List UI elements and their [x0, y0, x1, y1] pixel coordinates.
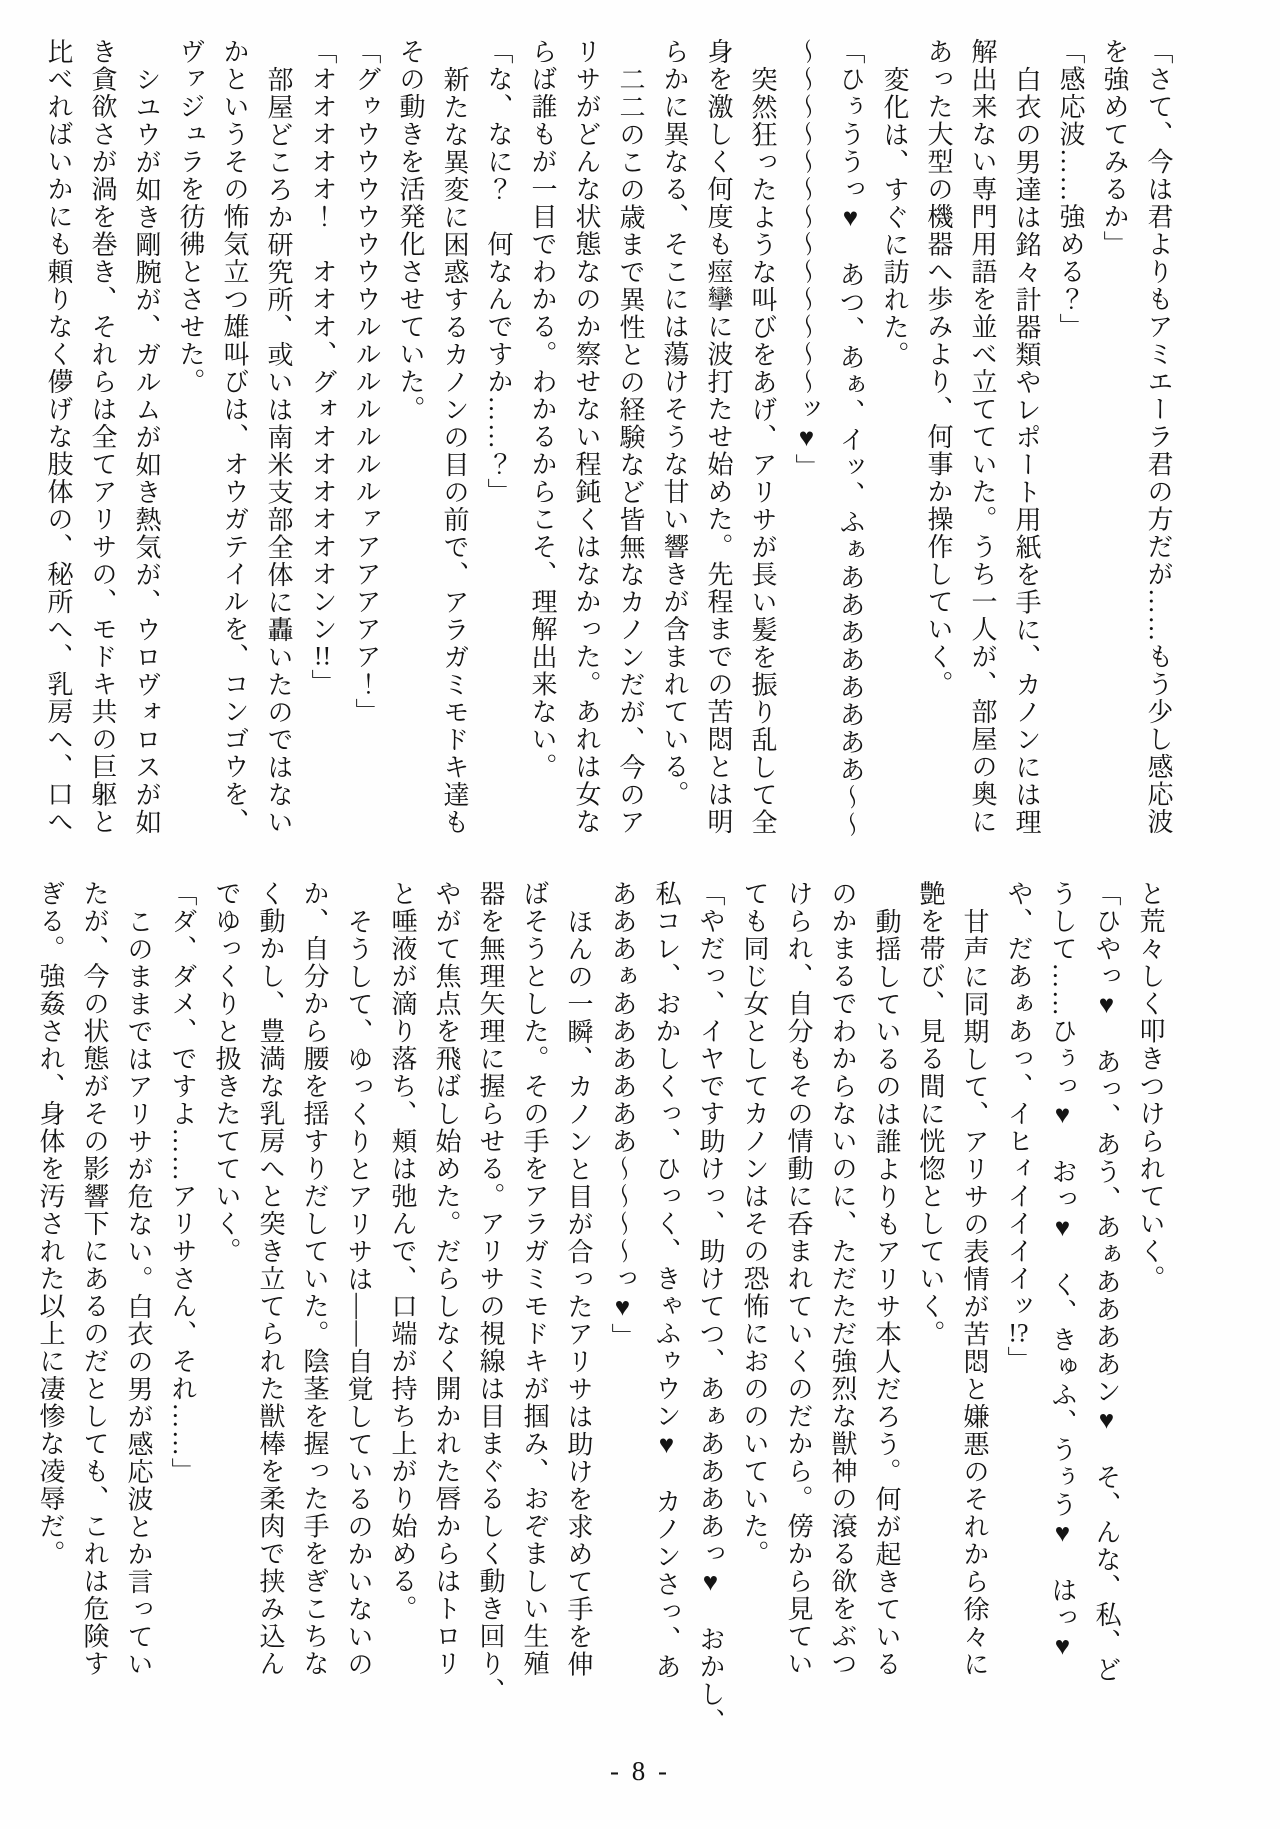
- text-column: き貪欲さが渦を巻き、それらは全てアリサの、モドキ共の巨躯と: [80, 38, 124, 850]
- text-column: 「オオオオオ！ オオオ、グォオオオオオオンン!!」: [300, 38, 344, 850]
- text-column: あああぁああああああ〜〜〜〜っ♥」: [600, 880, 644, 1692]
- text-column: 二二のこの歳まで異性との経験など皆無なカノンだが、今のア: [608, 38, 652, 850]
- text-column: 「な、なに？ 何なんですか……？」: [476, 38, 520, 850]
- text-column: ても同じ女としてカノンはその恐怖におののいていた。: [732, 880, 776, 1692]
- text-column: 「ひぅううっ♥ あつ、あぁ、イッ、ふぁああああああああ〜〜: [828, 38, 872, 850]
- text-column: 「グゥウウウウウウウルルルルルルルァアアアアア！」: [344, 38, 388, 850]
- text-column: ほんの一瞬、カノンと目が合ったアリサは助けを求めて手を伸: [556, 880, 600, 1692]
- text-column: 「感応波……強める？」: [1048, 38, 1092, 850]
- text-column: 甘声に同期して、アリサの表情が苦悶と嫌悪のそれから徐々に: [952, 880, 996, 1692]
- text-column: と唾液が滴り落ち、頬は弛んで、口端が持ち上がり始める。: [380, 880, 424, 1692]
- text-column: リサがどんな状態なのか察せない程鈍くはなかった。あれは女な: [564, 38, 608, 850]
- text-column: でゆっくりと扱きたてていく。: [204, 880, 248, 1692]
- text-column: らば誰もが一目でわかる。わかるからこそ、理解出来ない。: [520, 38, 564, 850]
- text-column: 身を激しく何度も痙攣に波打たせ始めた。先程までの苦悶とは明: [696, 38, 740, 850]
- text-column: たが、今の状態がその影響下にあるのだとしても、これは危険す: [72, 880, 116, 1692]
- text-column: らかに異なる、そこには蕩けそうな甘い響きが含まれている。: [652, 38, 696, 850]
- text-column: か、自分から腰を揺すりだしていた。陰茎を握った手をぎこちな: [292, 880, 336, 1692]
- text-column: そうして、ゆっくりとアリサは――自覚しているのかいないの: [336, 880, 380, 1692]
- text-column: シユウが如き剛腕が、ガルムが如き熱気が、ウロヴォロスが如: [124, 38, 168, 850]
- text-column: のかまるでわからないのに、ただただ強烈な獣神の滾る欲をぶつ: [820, 880, 864, 1692]
- top-text-block: 「さて、今は君よりもアミエーラ君の方だが……もう少し感応波を強めてみるか」「感応…: [36, 38, 1180, 850]
- text-column: 艶を帯び、見る間に恍惚としていく。: [908, 880, 952, 1692]
- page-number: - 8 -: [0, 1756, 1280, 1787]
- text-column: かというその怖気立つ雄叫びは、オウガテイルを、コンゴウを、: [212, 38, 256, 850]
- text-column: ぎる。強姦され、身体を汚された以上に凄惨な凌辱だ。: [28, 880, 72, 1692]
- text-column: 変化は、すぐに訪れた。: [872, 38, 916, 850]
- text-column: く動かし、豊満な乳房へと突き立てられた獣棒を柔肉で挟み込ん: [248, 880, 292, 1692]
- bottom-text-block: と荒々しく叩きつけられていく。「ひやっ♥ あっ、あう、あぁああああン♥ そ、んな…: [28, 880, 1172, 1692]
- text-column: あった大型の機器へ歩みより、何事か操作していく。: [916, 38, 960, 850]
- text-column: 私コレ、おかしくっ、ひっく、きゃふゥウン♥ カノンさっ、あ: [644, 880, 688, 1692]
- text-column: やがて焦点を飛ばし始めた。だらしなく開かれた唇からはトロリ: [424, 880, 468, 1692]
- text-column: うして……ひぅっ♥ おっ♥ く、きゅふ、うぅう♥ はっ♥: [1040, 880, 1084, 1692]
- text-column: ばそうとした。その手をアラガミモドキが掴み、おぞましい生殖: [512, 880, 556, 1692]
- text-column: ヴァジュラを彷彿とさせた。: [168, 38, 212, 850]
- text-column: 〜〜〜〜〜〜〜〜〜〜〜〜〜ッ♥」: [784, 38, 828, 850]
- text-column: 解出来ない専門用語を並べ立てていた。うち一人が、部屋の奥に: [960, 38, 1004, 850]
- text-column: 「ダ、ダメ、ですよ……アリサさん、それ……」: [160, 880, 204, 1692]
- text-column: 器を無理矢理に握らせる。アリサの視線は目まぐるしく動き回り、: [468, 880, 512, 1692]
- text-column: 「さて、今は君よりもアミエーラ君の方だが……もう少し感応波: [1136, 38, 1180, 850]
- text-column: 「やだっ、イヤです助けっ、助けてつ、あぁああああっ♥ おかし、: [688, 880, 732, 1692]
- text-column: 「ひやっ♥ あっ、あう、あぁああああン♥ そ、んな、私、ど: [1084, 880, 1128, 1692]
- text-column: 比べればいかにも頼りなく儚げな肢体の、秘所へ、乳房へ、口へ: [36, 38, 80, 850]
- text-column: 白衣の男達は銘々計器類やレポート用紙を手に、カノンには理: [1004, 38, 1048, 850]
- text-column: と荒々しく叩きつけられていく。: [1128, 880, 1172, 1692]
- text-column: 部屋どころか研究所、或いは南米支部全体に轟いたのではない: [256, 38, 300, 850]
- text-column: や、だあぁあっ、イヒィイイイイッ!?」: [996, 880, 1040, 1692]
- text-column: 動揺しているのは誰よりもアリサ本人だろう。何が起きている: [864, 880, 908, 1692]
- text-column: 新たな異変に困惑するカノンの目の前で、アラガミモドキ達も: [432, 38, 476, 850]
- text-column: その動きを活発化させていた。: [388, 38, 432, 850]
- text-column: このままではアリサが危ない。白衣の男が感応波とか言ってい: [116, 880, 160, 1692]
- text-column: 突然狂ったような叫びをあげ、アリサが長い髪を振り乱して全: [740, 38, 784, 850]
- novel-page: 「さて、今は君よりもアミエーラ君の方だが……もう少し感応波を強めてみるか」「感応…: [0, 0, 1280, 1829]
- text-column: けられ、自分もその情動に呑まれていくのだから。傍から見てい: [776, 880, 820, 1692]
- text-column: を強めてみるか」: [1092, 38, 1136, 850]
